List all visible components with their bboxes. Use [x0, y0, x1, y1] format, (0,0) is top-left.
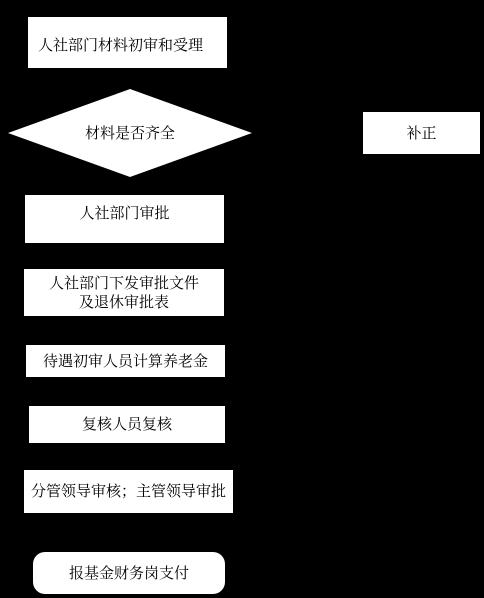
node-initial-acceptance-label: 人社部门材料初审和受理: [38, 36, 203, 55]
node-approval-label: 人社部门审批: [79, 204, 169, 223]
node-materials-decision-diamond: 材料是否齐全: [8, 89, 252, 177]
node-payment-label: 报基金财务岗支付: [69, 564, 189, 583]
node-issue-documents-label: 人社部门下发审批文件 及退休审批表: [49, 274, 199, 312]
node-recheck: 复核人员复核: [29, 406, 225, 443]
node-materials-decision-label: 材料是否齐全: [85, 124, 175, 143]
node-initial-acceptance: 人社部门材料初审和受理: [28, 17, 227, 68]
node-payment: 报基金财务岗支付: [33, 552, 225, 594]
flowchart-canvas: 人社部门材料初审和受理 材料是否齐全 补正 人社部门审批 人社部门下发审批文件 …: [0, 0, 484, 598]
node-recheck-label: 复核人员复核: [82, 415, 172, 434]
node-calculate-pension: 待遇初审人员计算养老金: [26, 345, 225, 377]
node-calculate-pension-label: 待遇初审人员计算养老金: [43, 352, 208, 371]
node-issue-documents: 人社部门下发审批文件 及退休审批表: [24, 269, 224, 316]
node-leader-review: 分管领导审核；主管领导审批: [24, 470, 233, 513]
node-correction: 补正: [363, 112, 480, 154]
node-approval: 人社部门审批: [25, 195, 224, 243]
node-leader-review-label: 分管领导审核；主管领导审批: [31, 482, 226, 501]
node-correction-label: 补正: [406, 124, 436, 143]
